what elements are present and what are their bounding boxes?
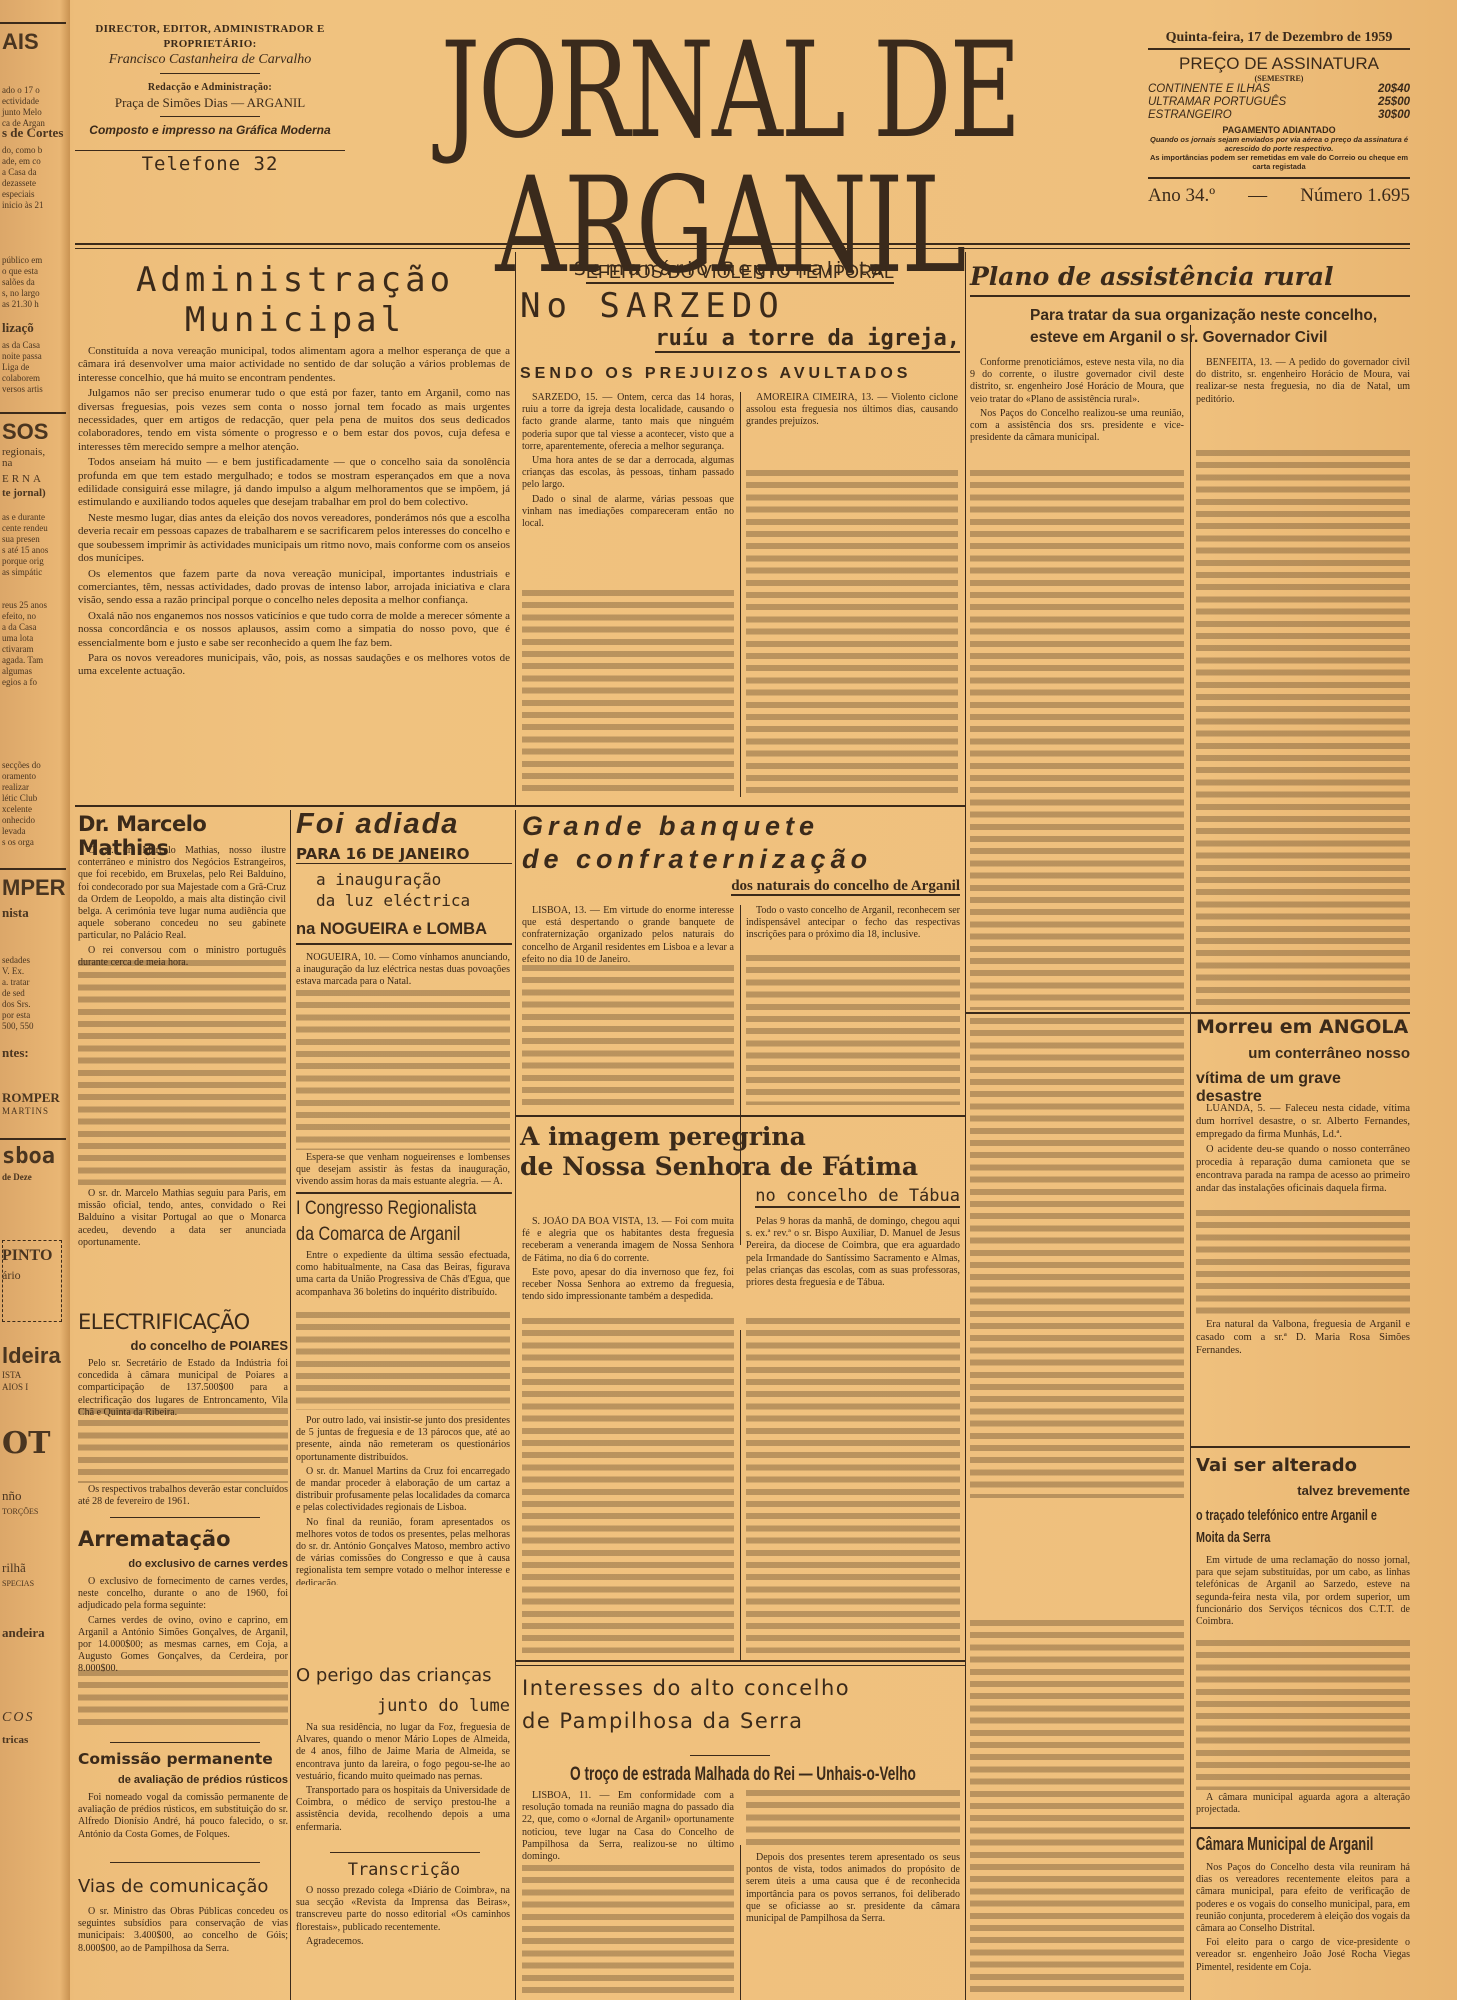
masthead: JORNAL DE ARGANIL Semanário Regionalista (380, 24, 1080, 280)
article-administracao-body: Constituída a nova vereação municipal, t… (78, 345, 510, 790)
staff-name: Francisco Castanheira de Carvalho (75, 52, 345, 67)
article-adiada-line4: da luz eléctrica (316, 891, 512, 910)
article-camara-title: Câmara Municipal de Arganil (1196, 1834, 1410, 1855)
article-sarzedo-title: No SARZEDO (520, 286, 960, 326)
year-number: Ano 34.º (1148, 185, 1215, 207)
gutter-fragment: MPER (2, 876, 66, 900)
article-angola-title: Morreu em ANGOLA (1196, 1016, 1410, 1038)
article-sarzedo-deck: SENDO OS PREJUIZOS AVULTADOS (520, 365, 960, 383)
article-comissao-deck: de avaliação de prédios rústicos (90, 1774, 288, 1786)
gutter-fragment: MARTINS (2, 1106, 66, 1117)
article-telefone-deck-1: talvez brevemente (1230, 1483, 1410, 1498)
gutter-fragment: s de Cortes (2, 125, 66, 140)
office-label: Redacção e Administração: (75, 80, 345, 95)
article-transcricao-title: Transcrição (296, 1860, 512, 1880)
postage-note: Quando os jornais sejam enviados por via… (1148, 135, 1410, 153)
article-arrematacao-title: Arrematação (78, 1527, 288, 1551)
article-adiada-line3: a inauguração (316, 868, 512, 891)
gutter-fragment: ISTA (2, 1370, 66, 1381)
article-electrificacao-body-end: Os respectivos trabalhos deverão estar c… (78, 1484, 288, 1512)
article-comissao-title: Comissão permanente (78, 1750, 288, 1768)
article-adiada-date: PARA 16 DE JANEIRO (296, 845, 512, 864)
gutter-fragment: ERNA (2, 474, 66, 485)
article-banquete-title: Grande banquete de confraternização (522, 810, 962, 876)
article-imagem-deck: no concelho de Tábua (660, 1186, 960, 1206)
subscription-title: PREÇO DE ASSINATURA (1148, 54, 1410, 74)
article-sarzedo-subtitle: ruíu a torre da igreja, (620, 326, 960, 351)
article-telefone-deck-2: o traçado telefónico entre Arganil e Moi… (1196, 1505, 1410, 1549)
article-vias-body: O sr. Ministro das Obras Públicas conced… (78, 1906, 288, 1986)
article-marcelo-body-end: O sr. dr. Marcelo Mathias seguiu para Pa… (78, 1188, 286, 1260)
gutter-fragment: sboa (2, 1145, 66, 1169)
article-perigo-body: Na sua residência, no lugar da Foz, freg… (296, 1722, 510, 1847)
newspaper-title: JORNAL DE ARGANIL (380, 24, 1080, 294)
gutter-fragment: AIOS I (2, 1382, 66, 1393)
office-address: Praça de Simões Dias — ARGANIL (75, 95, 345, 110)
rate-row: ESTRANGEIRO30$00 (1148, 109, 1410, 122)
issue-date: Quinta-feira, 17 de Dezembro de 1959 (1148, 30, 1410, 50)
article-pampilhosa-deck: O troço de estrada Malhada do Rei — Unha… (570, 1764, 960, 1786)
staff-role: DIRECTOR, EDITOR, ADMINISTRADOR E PROPRI… (75, 22, 345, 52)
gutter-fragment: PINTO (2, 1248, 66, 1263)
gutter-fragment: COS (2, 1712, 66, 1723)
newspaper-page: AIS ado o 17 oectividadejunto Meloca de … (0, 0, 1457, 2000)
article-angola-body-end: Era natural da Valbona, freguesia de Arg… (1196, 1318, 1410, 1443)
article-pampilhosa-title: Interesses do alto concelho de Pampilhos… (522, 1672, 962, 1738)
article-arrematacao-deck: do exclusivo de carnes verdes (100, 1558, 288, 1570)
article-congresso-body-2: Por outro lado, vai insistir-se junto do… (296, 1415, 510, 1585)
phone-number: Telefone 32 (75, 150, 345, 172)
payment-note: PAGAMENTO ADIANTADO (1148, 125, 1410, 135)
article-pampilhosa-body-col2: Depois dos presentes terem apresentado o… (746, 1852, 960, 1992)
rate-row: ULTRAMAR PORTUGUÊS25$00 (1148, 96, 1410, 109)
article-transcricao-body: O nosso prezado colega «Diário de Coimbr… (296, 1885, 510, 1985)
gutter-fragment: tricas (2, 1735, 66, 1746)
article-perigo-deck: junto do lume (300, 1696, 510, 1716)
gutter-fragment: de Deze (2, 1172, 66, 1183)
article-angola-deck-2: vítima de um grave desastre (1196, 1070, 1410, 1106)
issue-numbering: Ano 34.º — Número 1.695 (1148, 177, 1410, 207)
gutter-fragment: AIS (2, 30, 66, 54)
gutter-fragment: SPECIAS (2, 1578, 66, 1589)
article-telefone-title: Vai ser alterado (1196, 1455, 1410, 1476)
article-electrificacao-deck: do concelho de POIARES (110, 1338, 288, 1353)
article-banquete-deck: dos naturais do concelho de Arganil (640, 878, 960, 895)
article-administracao-title: Administração Municipal (80, 260, 510, 340)
article-plano-title: Plano de assistência rural (970, 262, 1410, 297)
article-perigo-title: O perigo das crianças (296, 1665, 512, 1686)
gutter-fragment: SOS (2, 420, 66, 444)
article-congresso-body: Entre o expediente da última sessão efec… (296, 1250, 510, 1310)
article-plano-body-col2: BENFEITA, 13. — A pedido do governador c… (1196, 357, 1410, 447)
article-sarzedo-kicker: EFEITOS DO VIOLENTO TEMPORAL (520, 262, 960, 283)
subscription-period: (SEMESTRE) (1148, 74, 1410, 83)
article-angola-deck-1: um conterrâneo nosso (1200, 1045, 1410, 1062)
article-adiada-line5: na NOGUEIRA e LOMBA (296, 920, 512, 945)
printer-line: Composto e impresso na Gráfica Moderna (75, 123, 345, 138)
article-adiada-title: Foi adiada (296, 808, 512, 841)
article-congresso-title: I Congresso Regionalista da Comarca de A… (296, 1192, 512, 1248)
article-camara-body: Nos Paços do Concelho desta vila reunira… (1196, 1862, 1410, 1997)
gutter-fragment: rilhã (2, 1562, 66, 1573)
gutter-fragment: te jornal) (2, 488, 66, 499)
rate-row: CONTINENTE E ILHAS20$40 (1148, 83, 1410, 96)
gutter-fragment: andeira (2, 1625, 66, 1640)
gutter-fragment: nño (2, 1490, 66, 1501)
header-subscription-box: Quinta-feira, 17 de Dezembro de 1959 PRE… (1148, 30, 1410, 207)
article-adiada-body-end: Espera-se que venham nogueirenses e lomb… (296, 1152, 510, 1187)
previous-page-gutter: AIS ado o 17 oectividadejunto Meloca de … (0, 0, 70, 2000)
gutter-fragment: TORÇÕES (2, 1506, 66, 1517)
article-plano-deck: Para tratar da sua organização neste con… (1030, 305, 1410, 349)
gutter-fragment: lizaçõ (2, 320, 66, 335)
header-staff-box: DIRECTOR, EDITOR, ADMINISTRADOR E PROPRI… (75, 22, 345, 172)
article-telefone-body-end: A câmara municipal aguarda agora a alter… (1196, 1792, 1410, 1820)
remittance-note: As importâncias podem ser remetidas em v… (1148, 153, 1410, 171)
issue-number: Número 1.695 (1300, 185, 1410, 207)
gutter-fragment: ário (2, 1270, 66, 1281)
article-electrificacao-title: ELECTRIFICAÇÃO (78, 1310, 288, 1334)
article-comissao-body: Foi nomeado vogal da comissão permanente… (78, 1792, 288, 1857)
article-vias-title: Vias de comunicação (78, 1876, 288, 1897)
gutter-fragment: ldeira (2, 1344, 66, 1368)
gutter-fragment: ROMPER (2, 1090, 66, 1105)
gutter-fragment: OT (2, 1432, 66, 1456)
article-imagem-title: A imagem peregrina de Nossa Senhora de F… (520, 1122, 960, 1182)
